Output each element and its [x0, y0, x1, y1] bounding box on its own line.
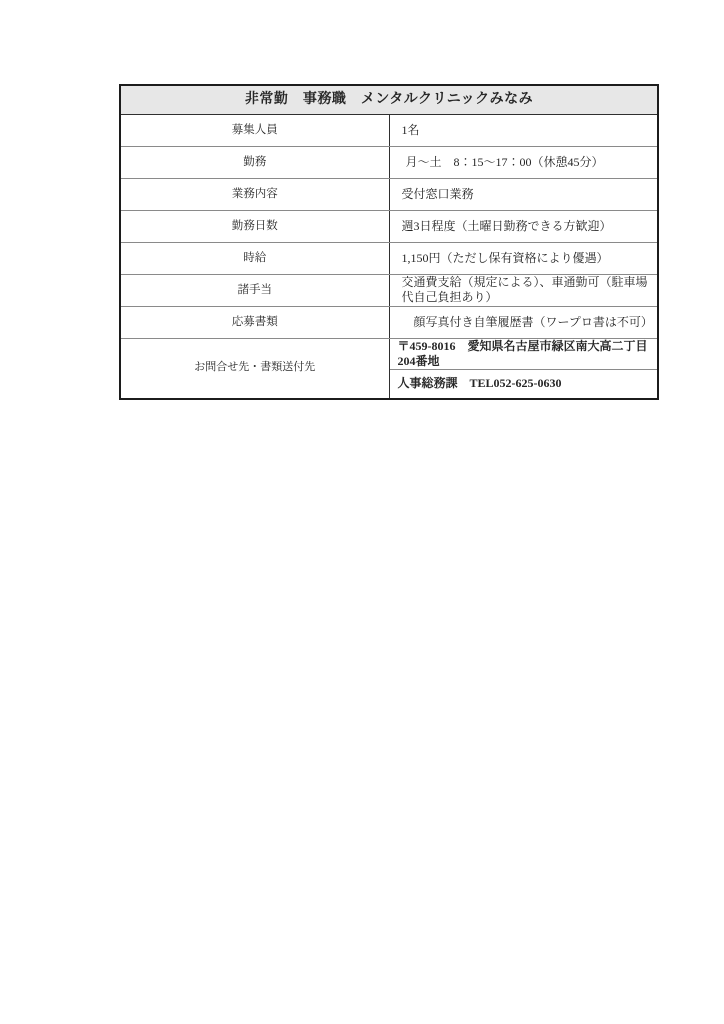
contact-label: お問合せ先・書類送付先 [120, 338, 389, 399]
table-row-hourly-wage: 時給 1,150円（ただし保有資格により優遇） [120, 242, 658, 274]
row-value: 1名 [389, 114, 658, 146]
contact-department-phone: 人事総務課 TEL052-625-0630 [389, 369, 658, 399]
row-value: 顔写真付き自筆履歴書（ワープロ書は不可） [389, 306, 658, 338]
contact-address: 〒459-8016 愛知県名古屋市緑区南大高二丁目204番地 [389, 338, 658, 369]
row-label: 業務内容 [120, 178, 389, 210]
page-title: 非常勤 事務職 メンタルクリニックみなみ [120, 85, 658, 114]
table-row-job-description: 業務内容 受付窓口業務 [120, 178, 658, 210]
table-row-contact-address: お問合せ先・書類送付先 〒459-8016 愛知県名古屋市緑区南大高二丁目204… [120, 338, 658, 369]
table-row-application-documents: 応募書類 顔写真付き自筆履歴書（ワープロ書は不可） [120, 306, 658, 338]
row-label: 応募書類 [120, 306, 389, 338]
row-label: 勤務日数 [120, 210, 389, 242]
table-row-work-hours: 勤務 月～土 8：15～17：00（休憩45分） [120, 146, 658, 178]
row-value: 受付窓口業務 [389, 178, 658, 210]
job-posting-table: 非常勤 事務職 メンタルクリニックみなみ 募集人員 1名 勤務 月～土 8：15… [119, 84, 659, 400]
table-row-allowances: 諸手当 交通費支給（規定による）、車通勤可（駐車場代自己負担あり） [120, 274, 658, 306]
table-header-row: 非常勤 事務職 メンタルクリニックみなみ [120, 85, 658, 114]
row-value: 週3日程度（土曜日勤務できる方歓迎） [389, 210, 658, 242]
row-label: 時給 [120, 242, 389, 274]
table-row-recruit-count: 募集人員 1名 [120, 114, 658, 146]
document-page: 非常勤 事務職 メンタルクリニックみなみ 募集人員 1名 勤務 月～土 8：15… [0, 0, 724, 1024]
row-label: 諸手当 [120, 274, 389, 306]
row-label: 勤務 [120, 146, 389, 178]
table-row-work-days: 勤務日数 週3日程度（土曜日勤務できる方歓迎） [120, 210, 658, 242]
row-value: 交通費支給（規定による）、車通勤可（駐車場代自己負担あり） [389, 274, 658, 306]
row-value: 月～土 8：15～17：00（休憩45分） [389, 146, 658, 178]
row-label: 募集人員 [120, 114, 389, 146]
row-value: 1,150円（ただし保有資格により優遇） [389, 242, 658, 274]
